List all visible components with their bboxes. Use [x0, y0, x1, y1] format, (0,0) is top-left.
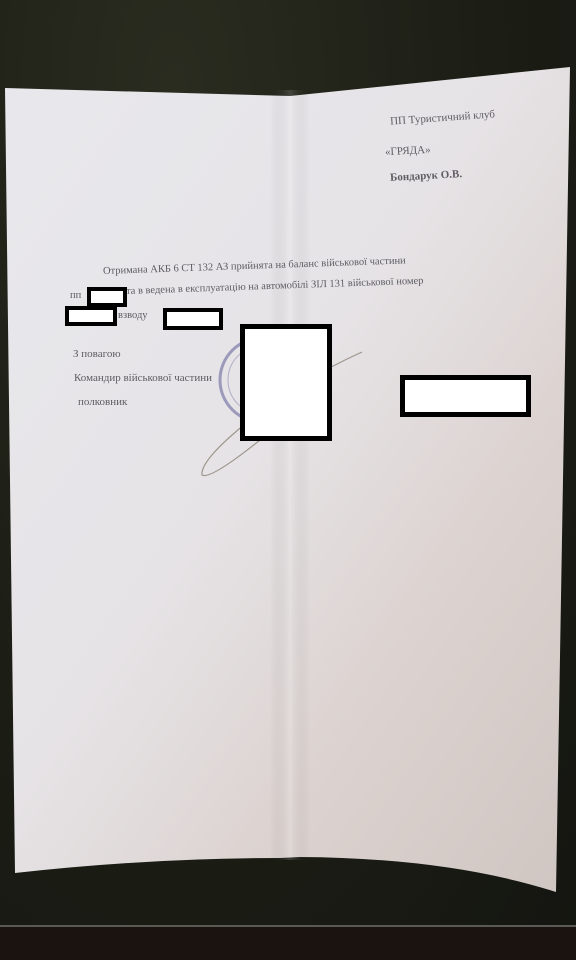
body-line-2-start: пп: [70, 290, 81, 301]
redaction-box-3: [163, 308, 223, 330]
redaction-box-2: [65, 306, 117, 326]
closing-rank: полковник: [78, 396, 127, 408]
addressee-line-2: «ГРЯДА»: [385, 144, 431, 158]
closing-position: Командир військової частини: [74, 372, 212, 384]
redaction-box-4: [240, 324, 332, 441]
paper-sheet: [0, 0, 576, 960]
redaction-box-1: [87, 287, 127, 307]
redaction-box-5: [400, 375, 531, 417]
body-line-3: взводу: [118, 310, 148, 321]
closing-regards: З повагою: [73, 348, 121, 360]
document-paper: ПП Туристичний клуб «ГРЯДА» Бондарук О.В…: [0, 0, 576, 960]
